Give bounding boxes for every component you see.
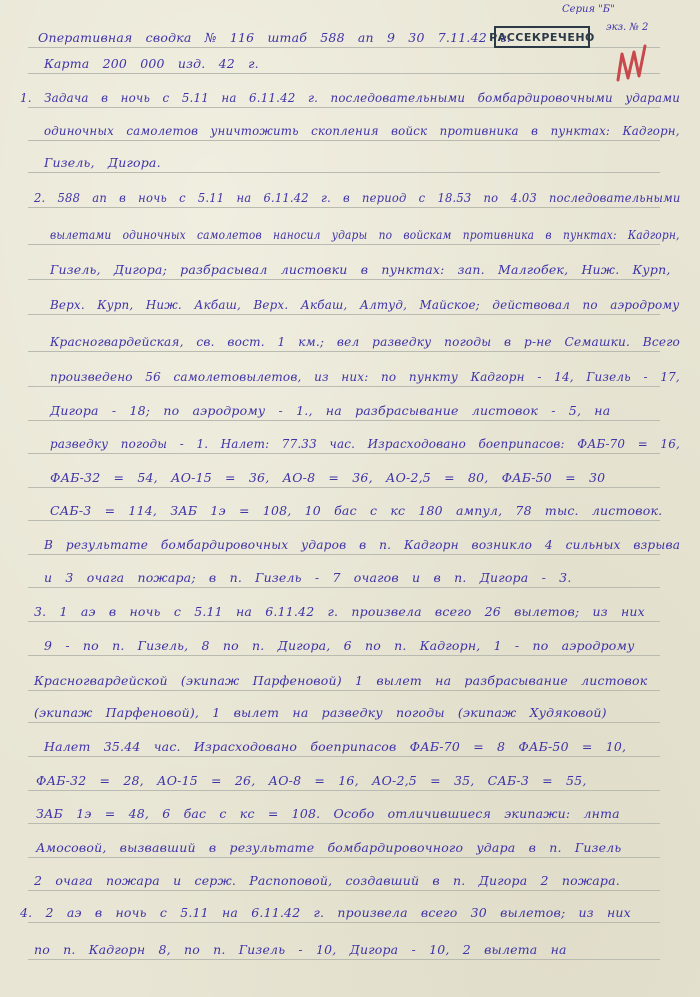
- ruled-line: [28, 453, 660, 454]
- series-note: Серия "Б": [562, 4, 615, 15]
- text-line: Верх. Курп, Ниж. Акбаш, Верх. Акбаш, Алт…: [50, 297, 679, 312]
- text-line: Карта 200 000 изд. 42 г.: [44, 56, 259, 71]
- text-line: В результате бомбардировочных ударов в п…: [44, 537, 680, 552]
- text-line: произведено 56 самолетовылетов, из них: …: [50, 369, 680, 384]
- text-line: Красногвардейская, св. вост. 1 км.; вел …: [50, 334, 680, 349]
- ruled-line: [28, 655, 660, 656]
- text-line: 3. 1 аэ в ночь с 5.11 на 6.11.42 г. прои…: [34, 604, 645, 619]
- ruled-line: [28, 722, 660, 723]
- ruled-line: [28, 351, 660, 352]
- ruled-line: [28, 756, 660, 757]
- ruled-line: [28, 386, 660, 387]
- ruled-line: [28, 107, 660, 108]
- text-line: Гизель, Дигора.: [44, 155, 161, 170]
- text-line: Амосовой, вызвавший в результате бомбард…: [36, 840, 621, 855]
- text-line: и 3 очага пожара; в п. Гизель - 7 очагов…: [44, 570, 572, 585]
- text-line: 4. 2 аэ в ночь с 5.11 на 6.11.42 г. прои…: [20, 905, 631, 920]
- ruled-line: [28, 790, 660, 791]
- text-line: ФАБ-32 = 28, АО-15 = 26, АО-8 = 16, АО-2…: [36, 773, 587, 788]
- text-line: 9 - по п. Гизель, 8 по п. Дигора, 6 по п…: [44, 638, 635, 653]
- ruled-line: [28, 554, 660, 555]
- text-line: Налет 35.44 час. Израсходовано боеприпас…: [44, 739, 626, 754]
- text-line: 2. 588 ап в ночь с 5.11 на 6.11.42 г. в …: [34, 190, 680, 205]
- text-line: вылетами одиночных самолетов наносил уда…: [50, 227, 680, 242]
- red-pencil-mark-icon: [615, 44, 649, 82]
- ruled-line: [28, 172, 660, 173]
- text-line: ЗАБ 1э = 48, 6 бас с кс = 108. Особо отл…: [36, 806, 620, 821]
- text-line: Гизель, Дигора; разбрасывал листовки в п…: [50, 262, 671, 277]
- text-line: САБ-3 = 114, ЗАБ 1э = 108, 10 бас с кс 1…: [50, 503, 662, 518]
- ruled-line: [28, 890, 660, 891]
- text-line: Дигора - 18; по аэродрому - 1., на разбр…: [50, 403, 610, 418]
- text-line: одиночных самолетов уничтожить скопления…: [44, 123, 680, 138]
- ruled-line: [28, 857, 660, 858]
- text-line: разведку погоды - 1. Налет: 77.33 час. И…: [50, 436, 680, 451]
- ruled-line: [28, 587, 660, 588]
- ruled-line: [28, 244, 660, 245]
- ruled-line: [28, 279, 660, 280]
- ruled-line: [28, 487, 660, 488]
- ruled-line: [28, 207, 660, 208]
- text-line: Оперативная сводка № 116 штаб 588 ап 9 3…: [38, 30, 511, 45]
- ruled-line: [28, 621, 660, 622]
- ruled-line: [28, 140, 660, 141]
- ruled-line: [28, 690, 660, 691]
- text-line: по п. Кадгорн 8, по п. Гизель - 10, Диго…: [34, 942, 567, 957]
- document-page: Серия "Б" экз. № 2 РАССЕКРЕЧЕНО Оператив…: [0, 0, 700, 997]
- ruled-line: [28, 959, 660, 960]
- ruled-line: [28, 314, 660, 315]
- copy-number-note: экз. № 2: [606, 22, 648, 33]
- text-line: (экипаж Парфеновой), 1 вылет на разведку…: [34, 705, 607, 720]
- text-line: ФАБ-32 = 54, АО-15 = 36, АО-8 = 36, АО-2…: [50, 470, 605, 485]
- ruled-line: [28, 922, 660, 923]
- ruled-line: [28, 73, 660, 74]
- ruled-line: [28, 823, 660, 824]
- text-line: 1. Задача в ночь с 5.11 на 6.11.42 г. по…: [20, 90, 680, 105]
- text-line: 2 очага пожара и серж. Распоповой, созда…: [34, 873, 620, 888]
- ruled-line: [28, 520, 660, 521]
- text-line: Красногвардейской (экипаж Парфеновой) 1 …: [34, 673, 647, 688]
- ruled-line: [28, 420, 660, 421]
